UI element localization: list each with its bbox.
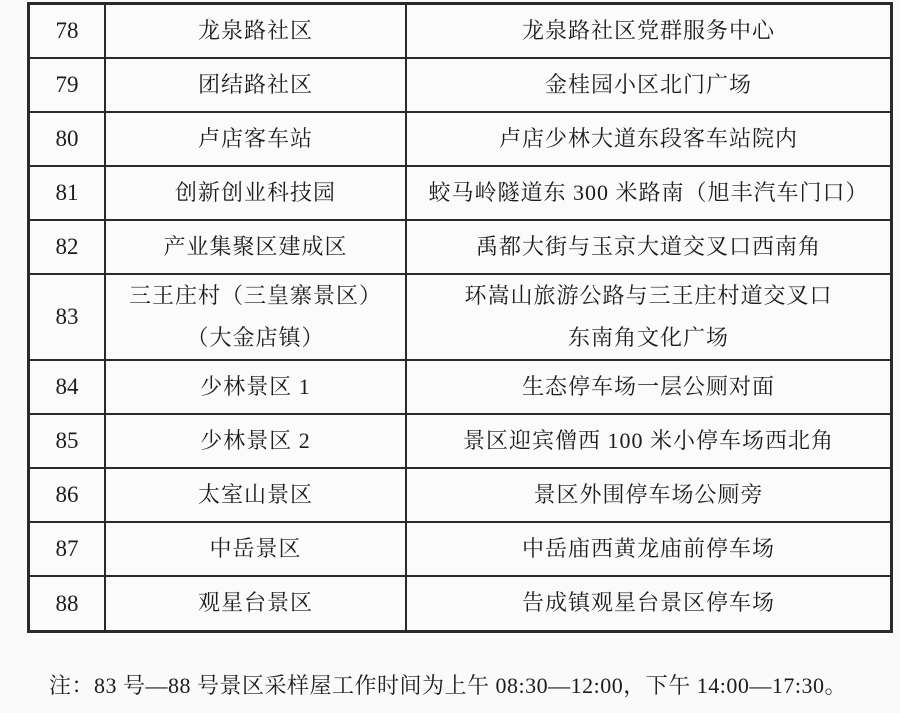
table-row: 79团结路社区金桂园小区北门广场 (30, 59, 890, 113)
footnote: 注：83 号—88 号景区采样屋工作时间为上午 08:30—12:00，下午 1… (49, 669, 847, 700)
cell-address: 金桂园小区北门广场 (407, 59, 890, 111)
cell-site-name: 创新创业科技园 (106, 167, 407, 219)
cell-site-name: 少林景区 1 (106, 361, 407, 413)
cell-number: 80 (30, 113, 106, 165)
table-row: 85少林景区 2景区迎宾僧西 100 米小停车场西北角 (30, 415, 890, 469)
table-row: 86太室山景区景区外围停车场公厕旁 (30, 469, 890, 523)
cell-site-name: 三王庄村（三皇寨景区）（大金店镇） (106, 275, 407, 359)
cell-number: 79 (30, 59, 106, 111)
table-row: 80卢店客车站卢店少林大道东段客车站院内 (30, 113, 890, 167)
cell-site-name: 团结路社区 (106, 59, 407, 111)
cell-line: 79 (56, 71, 79, 99)
cell-site-name: 卢店客车站 (106, 113, 407, 165)
table-row: 84少林景区 1生态停车场一层公厕对面 (30, 361, 890, 415)
document-page: 78龙泉路社区龙泉路社区党群服务中心79团结路社区金桂园小区北门广场80卢店客车… (0, 0, 900, 713)
cell-address: 蛟马岭隧道东 300 米路南（旭丰汽车门口） (407, 167, 890, 219)
cell-line: 景区迎宾僧西 100 米小停车场西北角 (463, 428, 834, 454)
cell-site-name: 龙泉路社区 (106, 5, 407, 57)
cell-line: 东南角文化广场 (568, 325, 729, 351)
sampling-sites-table: 78龙泉路社区龙泉路社区党群服务中心79团结路社区金桂园小区北门广场80卢店客车… (27, 2, 893, 633)
cell-line: 少林景区 1 (200, 374, 311, 400)
cell-line: 82 (56, 233, 79, 261)
cell-line: 三王庄村（三皇寨景区） (129, 283, 382, 309)
cell-line: （大金店镇） (186, 325, 324, 351)
cell-number: 81 (30, 167, 106, 219)
cell-line: 环嵩山旅游公路与三王庄村道交叉口 (464, 283, 832, 309)
cell-line: 卢店客车站 (198, 126, 313, 152)
cell-address: 告成镇观星台景区停车场 (407, 577, 890, 630)
cell-line: 中岳庙西黄龙庙前停车场 (522, 536, 775, 562)
cell-site-name: 少林景区 2 (106, 415, 407, 467)
cell-line: 83 (56, 303, 79, 331)
cell-number: 84 (30, 361, 106, 413)
cell-address: 生态停车场一层公厕对面 (407, 361, 890, 413)
table-row: 83三王庄村（三皇寨景区）（大金店镇）环嵩山旅游公路与三王庄村道交叉口东南角文化… (30, 275, 890, 361)
cell-line: 卢店少林大道东段客车站院内 (499, 126, 798, 152)
cell-number: 82 (30, 221, 106, 273)
cell-line: 观星台景区 (198, 590, 313, 616)
cell-line: 龙泉路社区党群服务中心 (522, 18, 775, 44)
table-row: 82产业集聚区建成区禹都大街与玉京大道交叉口西南角 (30, 221, 890, 275)
cell-line: 86 (56, 481, 79, 509)
cell-site-name: 产业集聚区建成区 (106, 221, 407, 273)
cell-site-name: 中岳景区 (106, 523, 407, 575)
cell-address: 环嵩山旅游公路与三王庄村道交叉口东南角文化广场 (407, 275, 890, 359)
cell-site-name: 观星台景区 (106, 577, 407, 630)
cell-address: 禹都大街与玉京大道交叉口西南角 (407, 221, 890, 273)
cell-line: 84 (56, 373, 79, 401)
cell-line: 中岳景区 (209, 536, 301, 562)
cell-line: 87 (56, 535, 79, 563)
cell-line: 蛟马岭隧道东 300 米路南（旭丰汽车门口） (428, 180, 868, 206)
cell-line: 金桂园小区北门广场 (545, 72, 752, 98)
cell-number: 86 (30, 469, 106, 521)
cell-line: 生态停车场一层公厕对面 (522, 374, 775, 400)
cell-line: 景区外围停车场公厕旁 (533, 482, 763, 508)
cell-address: 景区迎宾僧西 100 米小停车场西北角 (407, 415, 890, 467)
cell-number: 85 (30, 415, 106, 467)
table-row: 78龙泉路社区龙泉路社区党群服务中心 (30, 5, 890, 59)
cell-number: 78 (30, 5, 106, 57)
cell-number: 87 (30, 523, 106, 575)
cell-line: 产业集聚区建成区 (163, 234, 347, 260)
cell-address: 龙泉路社区党群服务中心 (407, 5, 890, 57)
table-row: 87中岳景区中岳庙西黄龙庙前停车场 (30, 523, 890, 577)
cell-line: 85 (56, 427, 79, 455)
cell-line: 龙泉路社区 (198, 18, 313, 44)
cell-line: 88 (56, 590, 79, 618)
cell-number: 88 (30, 577, 106, 630)
cell-number: 83 (30, 275, 106, 359)
cell-line: 告成镇观星台景区停车场 (522, 590, 775, 616)
cell-site-name: 太室山景区 (106, 469, 407, 521)
cell-line: 太室山景区 (198, 482, 313, 508)
cell-line: 81 (56, 179, 79, 207)
cell-address: 景区外围停车场公厕旁 (407, 469, 890, 521)
cell-address: 中岳庙西黄龙庙前停车场 (407, 523, 890, 575)
cell-line: 78 (56, 17, 79, 45)
cell-line: 禹都大街与玉京大道交叉口西南角 (476, 234, 821, 260)
cell-line: 80 (56, 125, 79, 153)
cell-address: 卢店少林大道东段客车站院内 (407, 113, 890, 165)
table-row: 81创新创业科技园蛟马岭隧道东 300 米路南（旭丰汽车门口） (30, 167, 890, 221)
cell-line: 创新创业科技园 (175, 180, 336, 206)
cell-line: 团结路社区 (198, 72, 313, 98)
cell-line: 少林景区 2 (200, 428, 311, 454)
table-row: 88观星台景区告成镇观星台景区停车场 (30, 577, 890, 630)
